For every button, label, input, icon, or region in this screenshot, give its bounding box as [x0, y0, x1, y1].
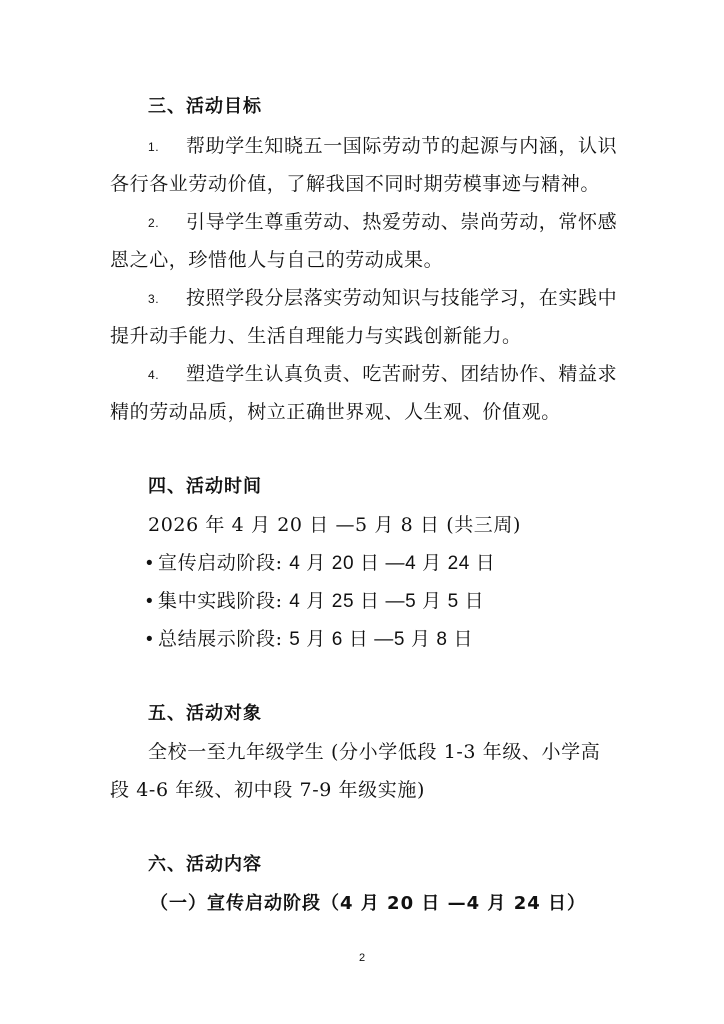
phase-item-3: •总结展示阶段: 5 月 6 日 —5 月 8 日 [146, 627, 473, 652]
time-overall: 2026 年 4 月 20 日 —5 月 8 日 (共三周) [148, 513, 521, 537]
page-number: 2 [0, 952, 724, 964]
section-heading-time: 四、活动时间 [148, 475, 262, 499]
goal-item-2-cont: 恩之心，珍惜他人与自己的劳动成果。 [110, 248, 443, 272]
subsection-heading-launch: （一）宣传启动阶段（4 月 20 日 —4 月 24 日） [150, 892, 586, 916]
goal-item-1-cont: 各行各业劳动价值，了解我国不同时期劳模事迹与精神。 [110, 172, 600, 196]
goal-text: 按照学段分层落实劳动知识与技能学习，在实践中 [186, 287, 617, 309]
goal-number: 2. [148, 211, 186, 235]
phase-label: 总结展示阶段: [158, 628, 283, 650]
goal-item-1: 1.帮助学生知晓五一国际劳动节的起源与内涵，认识 [148, 134, 617, 159]
goal-item-3: 3.按照学段分层落实劳动知识与技能学习，在实践中 [148, 286, 617, 311]
goal-number: 3. [148, 287, 186, 311]
bullet-icon: • [146, 552, 158, 576]
phase-item-1: •宣传启动阶段: 4 月 20 日 —4 月 24 日 [146, 551, 495, 576]
phase-range: 4 月 25 日 —5 月 5 日 [289, 591, 484, 612]
goal-item-4-cont: 精的劳动品质，树立正确世界观、人生观、价值观。 [110, 400, 561, 424]
goal-number: 1. [148, 135, 186, 159]
goal-item-3-cont: 提升动手能力、生活自理能力与实践创新能力。 [110, 324, 522, 348]
section-heading-goals: 三、活动目标 [148, 95, 262, 119]
goal-item-2: 2.引导学生尊重劳动、热爱劳动、崇尚劳动，常怀感 [148, 210, 617, 235]
goal-item-4: 4.塑造学生认真负责、吃苦耐劳、团结协作、精益求 [148, 362, 617, 387]
phase-range: 5 月 6 日 —5 月 8 日 [289, 629, 473, 650]
bullet-icon: • [146, 628, 158, 652]
target-line-2: 段 4-6 年级、初中段 7-9 年级实施) [110, 778, 425, 802]
bullet-icon: • [146, 590, 158, 614]
phase-label: 集中实践阶段: [158, 590, 283, 612]
phase-range: 4 月 20 日 —4 月 24 日 [289, 553, 495, 574]
phase-item-2: •集中实践阶段: 4 月 25 日 —5 月 5 日 [146, 589, 484, 614]
target-line-1: 全校一至九年级学生 (分小学低段 1-3 年级、小学高 [148, 740, 600, 764]
goal-number: 4. [148, 363, 186, 387]
section-heading-target: 五、活动对象 [148, 702, 262, 726]
phase-label: 宣传启动阶段: [158, 552, 283, 574]
goal-text: 引导学生尊重劳动、热爱劳动、崇尚劳动，常怀感 [186, 211, 617, 233]
goal-text: 帮助学生知晓五一国际劳动节的起源与内涵，认识 [186, 135, 617, 157]
goal-text: 塑造学生认真负责、吃苦耐劳、团结协作、精益求 [186, 363, 617, 385]
section-heading-content: 六、活动内容 [148, 853, 262, 877]
